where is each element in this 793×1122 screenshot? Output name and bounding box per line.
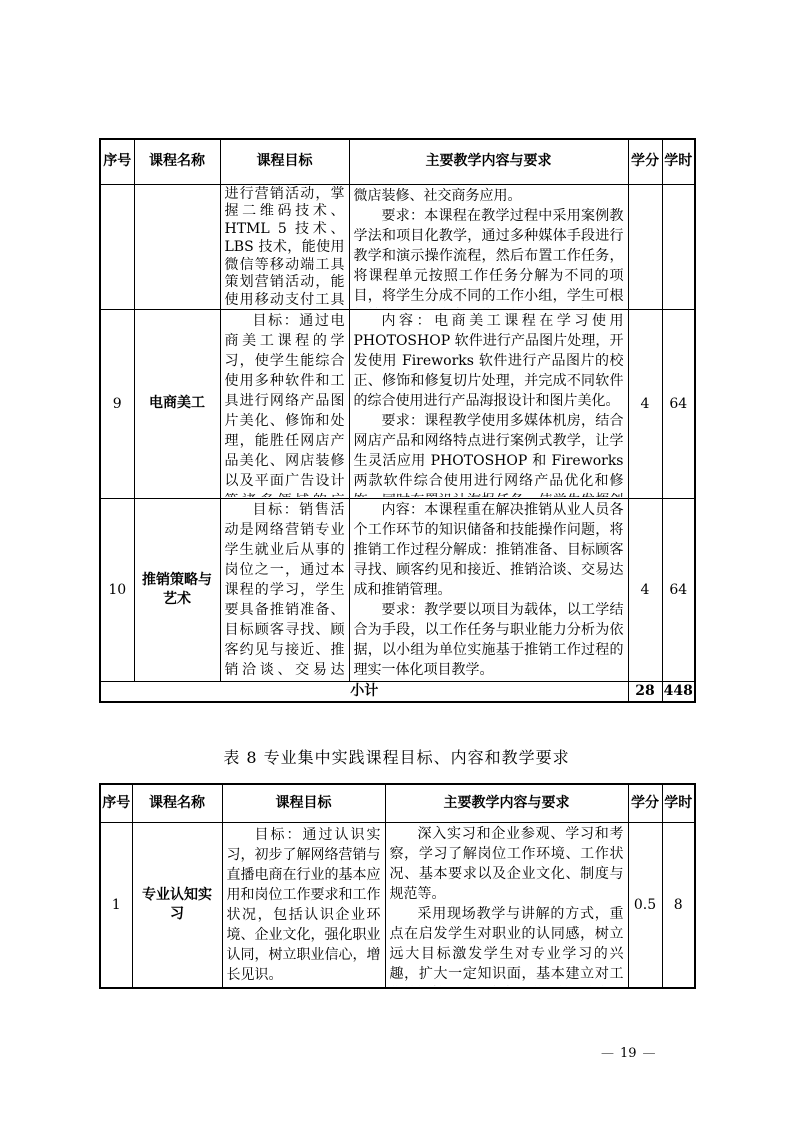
objective-paragraph: 目标：通过电商美工课程的学习，使学生能综合使用多种软件和工具进行网络产品图片美化… xyxy=(225,311,345,497)
header-credits: 学分 xyxy=(628,784,662,822)
header-objective: 课程目标 xyxy=(222,784,385,822)
cell-hours: 8 xyxy=(662,822,695,988)
table8-title: 表 8 专业集中实践课程目标、内容和教学要求 xyxy=(0,745,793,768)
content-paragraph: 采用现场教学与讲解的方式，重点在启发学生对职业的认同感，树立远大目标激发学生对专… xyxy=(390,904,624,986)
cell-credits xyxy=(628,184,662,309)
subtotal-row: 小计 28 448 xyxy=(100,681,695,702)
content-paragraph: 要求：教学要以项目为载体，以工学结合为手段，以工作任务与职业能力分析为依据，以小… xyxy=(354,600,624,680)
content-paragraph: 微店装修、社交商务应用。 xyxy=(354,186,624,206)
objective-paragraph: 目标：销售活动是网络营销专业学生就业后从事的岗位之一，通过本课程的学习，学生要具… xyxy=(225,500,345,680)
content-paragraph: 深入实习和企业参观、学习和考察，学习了解岗位工作环境、工作状况、基本要求以及企业… xyxy=(390,824,624,904)
cell-no xyxy=(100,184,134,309)
cell-course-name: 推销策略与艺术 xyxy=(134,498,220,681)
objective-paragraph: 进行营销活动，掌握二维码技术、HTML 5 技术、LBS 技术，能使用微信等移动… xyxy=(225,186,345,308)
cell-course-name xyxy=(134,184,220,309)
subtotal-hours: 448 xyxy=(662,681,695,702)
cell-no: 10 xyxy=(100,498,134,681)
content-paragraph: 要求：课程教学使用多媒体机房，结合网店产品和网络特点进行案例式教学，让学生灵活应… xyxy=(354,411,624,497)
table-row: 进行营销活动，掌握二维码技术、HTML 5 技术、LBS 技术，能使用微信等移动… xyxy=(100,184,695,309)
header-credits: 学分 xyxy=(628,139,662,184)
cell-objective: 目标：通过认识实习，初步了解网络营销与直播电商在行业的基本应用和岗位工作要求和工… xyxy=(222,822,385,988)
table-header-row: 序号 课程名称 课程目标 主要教学内容与要求 学分 学时 xyxy=(100,139,695,184)
cell-course-name: 专业认知实习 xyxy=(132,822,222,988)
page-footer: —19— xyxy=(595,1046,695,1061)
header-hours: 学时 xyxy=(662,139,695,184)
content-paragraph: 内容：本课程重在解决推销从业人员各个工作环节的知识储备和技能操作问题，将推销工作… xyxy=(354,500,624,600)
header-course-name: 课程名称 xyxy=(132,784,222,822)
table-row: 10 推销策略与艺术 目标：销售活动是网络营销专业学生就业后从事的岗位之一，通过… xyxy=(100,498,695,681)
objective-paragraph: 目标：通过认识实习，初步了解网络营销与直播电商在行业的基本应用和岗位工作要求和工… xyxy=(227,825,381,985)
cell-objective: 目标：销售活动是网络营销专业学生就业后从事的岗位之一，通过本课程的学习，学生要具… xyxy=(220,498,349,681)
content-paragraph: 要求：本课程在教学过程中采用案例教学法和项目化教学，通过多种媒体手段进行教学和演… xyxy=(354,206,624,308)
subtotal-credits: 28 xyxy=(628,681,662,702)
cell-objective: 目标：通过电商美工课程的学习，使学生能综合使用多种软件和工具进行网络产品图片美化… xyxy=(220,309,349,498)
footer-dash-left: — xyxy=(595,1046,620,1061)
cell-hours xyxy=(662,184,695,309)
cell-credits: 4 xyxy=(628,498,662,681)
table-row: 1 专业认知实习 目标：通过认识实习，初步了解网络营销与直播电商在行业的基本应用… xyxy=(100,822,695,988)
content-paragraph: 内容：电商美工课程在学习使用 PHOTOSHOP 软件进行产品图片处理，开发使用… xyxy=(354,311,624,411)
header-content: 主要教学内容与要求 xyxy=(385,784,628,822)
cell-content: 微店装修、社交商务应用。 要求：本课程在教学过程中采用案例教学法和项目化教学，通… xyxy=(349,184,628,309)
cell-hours: 64 xyxy=(662,498,695,681)
cell-course-name: 电商美工 xyxy=(134,309,220,498)
practice-courses-table: 序号 课程名称 课程目标 主要教学内容与要求 学分 学时 1 专业认知实习 目标… xyxy=(99,783,696,989)
header-course-name: 课程名称 xyxy=(134,139,220,184)
cell-objective: 进行营销活动，掌握二维码技术、HTML 5 技术、LBS 技术，能使用微信等移动… xyxy=(220,184,349,309)
cell-content: 内容：本课程重在解决推销从业人员各个工作环节的知识储备和技能操作问题，将推销工作… xyxy=(349,498,628,681)
cell-no: 1 xyxy=(100,822,132,988)
core-courses-table: 序号 课程名称 课程目标 主要教学内容与要求 学分 学时 进行营销活动，掌握二维… xyxy=(99,138,696,703)
cell-credits: 4 xyxy=(628,309,662,498)
cell-no: 9 xyxy=(100,309,134,498)
cell-content: 内容：电商美工课程在学习使用 PHOTOSHOP 软件进行产品图片处理，开发使用… xyxy=(349,309,628,498)
header-content: 主要教学内容与要求 xyxy=(349,139,628,184)
table-row: 9 电商美工 目标：通过电商美工课程的学习，使学生能综合使用多种软件和工具进行网… xyxy=(100,309,695,498)
header-no: 序号 xyxy=(100,139,134,184)
header-hours: 学时 xyxy=(662,784,695,822)
page-number: 19 xyxy=(620,1046,637,1061)
cell-content: 深入实习和企业参观、学习和考察，学习了解岗位工作环境、工作状况、基本要求以及企业… xyxy=(385,822,628,988)
footer-dash-right: — xyxy=(637,1046,662,1061)
table-header-row: 序号 课程名称 课程目标 主要教学内容与要求 学分 学时 xyxy=(100,784,695,822)
subtotal-label: 小计 xyxy=(100,681,628,702)
cell-credits: 0.5 xyxy=(628,822,662,988)
header-no: 序号 xyxy=(100,784,132,822)
cell-hours: 64 xyxy=(662,309,695,498)
header-objective: 课程目标 xyxy=(220,139,349,184)
document-page: 序号 课程名称 课程目标 主要教学内容与要求 学分 学时 进行营销活动，掌握二维… xyxy=(0,0,793,1122)
